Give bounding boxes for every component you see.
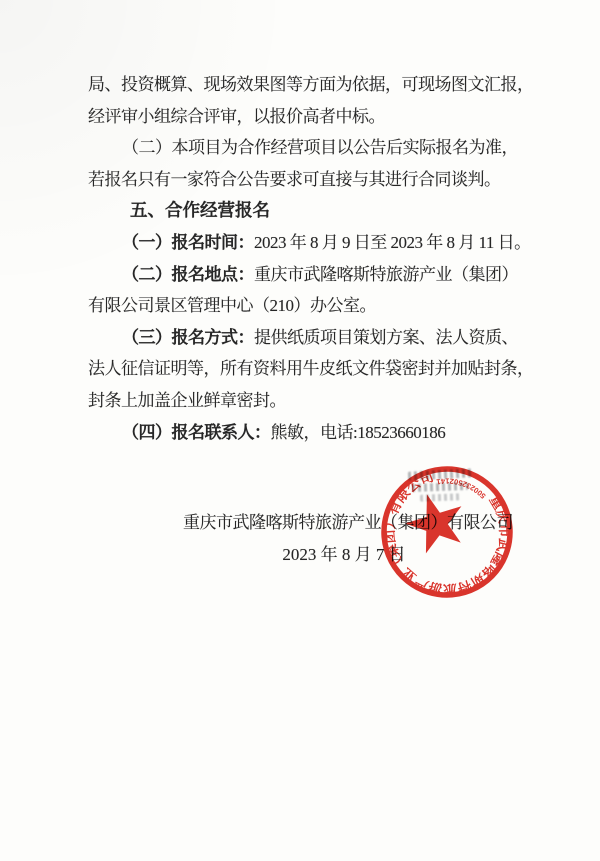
body-line-8: 有限公司景区管理中心（210）办公室。 [88, 290, 548, 322]
body-line-4: 若报名只有一家符合公告要求可直接与其进行合同谈判。 [88, 164, 548, 196]
body-line-11: 封条上加盖企业鲜章密封。 [88, 385, 548, 417]
item-label: （一）报名时间： [122, 233, 254, 252]
line-text: 提供纸质项目策划方案、法人资质、 [254, 328, 518, 347]
body-line-2: 经评审小组综合评审，以报价高者中标。 [88, 101, 548, 133]
line-text: 熊敏，电话:18523660186 [271, 423, 446, 442]
item-label: （四）报名联系人： [122, 423, 271, 442]
item-label: （三）报名方式： [122, 328, 254, 347]
document-page: 局、投资概算、现场效果图等方面为依据，可现场图文汇报， 经评审小组综合评审，以报… [0, 0, 600, 861]
line-text: 重庆市武隆喀斯特旅游产业（集团） [254, 265, 518, 284]
body-line-7: （二）报名地点：重庆市武隆喀斯特旅游产业（集团） [88, 259, 548, 291]
body-line-12: （四）报名联系人：熊敏，电话:18523660186 [88, 417, 548, 449]
line-text: 有限公司景区管理中心（210）办公室。 [88, 296, 376, 315]
line-text: 局、投资概算、现场效果图等方面为依据，可现场图文汇报， [88, 75, 534, 94]
body-line-6: （一）报名时间：2023 年 8 月 9 日至 2023 年 8 月 11 日。 [88, 227, 548, 259]
body-line-10: 法人征信证明等，所有资料用牛皮纸文件袋密封并加贴封条， [88, 353, 548, 385]
line-text: 2023 年 8 月 9 日至 2023 年 8 月 11 日。 [254, 233, 531, 252]
body-line-1: 局、投资概算、现场效果图等方面为依据，可现场图文汇报， [88, 69, 548, 101]
line-text: 法人征信证明等，所有资料用牛皮纸文件袋密封并加贴封条， [88, 359, 534, 378]
section-heading: 五、合作经营报名 [88, 195, 548, 227]
body-line-3: （二）本项目为合作经营项目以公告后实际报名为准， [88, 132, 548, 164]
company-seal: 重庆市武隆喀斯特旅游产业（集团）有限公司 5002325021412 [372, 457, 522, 607]
body-line-9: （三）报名方式：提供纸质项目策划方案、法人资质、 [88, 322, 548, 354]
heading-text: 五、合作经营报名 [130, 200, 270, 220]
item-label: （二）报名地点： [122, 265, 254, 284]
line-text: 经评审小组综合评审，以报价高者中标。 [88, 107, 385, 126]
line-text: （二）本项目为合作经营项目以公告后实际报名为准， [122, 138, 518, 157]
body-text: 局、投资概算、现场效果图等方面为依据，可现场图文汇报， 经评审小组综合评审，以报… [88, 69, 548, 448]
line-text: 若报名只有一家符合公告要求可直接与其进行合同谈判。 [88, 170, 501, 189]
line-text: 封条上加盖企业鲜章密封。 [88, 391, 286, 410]
